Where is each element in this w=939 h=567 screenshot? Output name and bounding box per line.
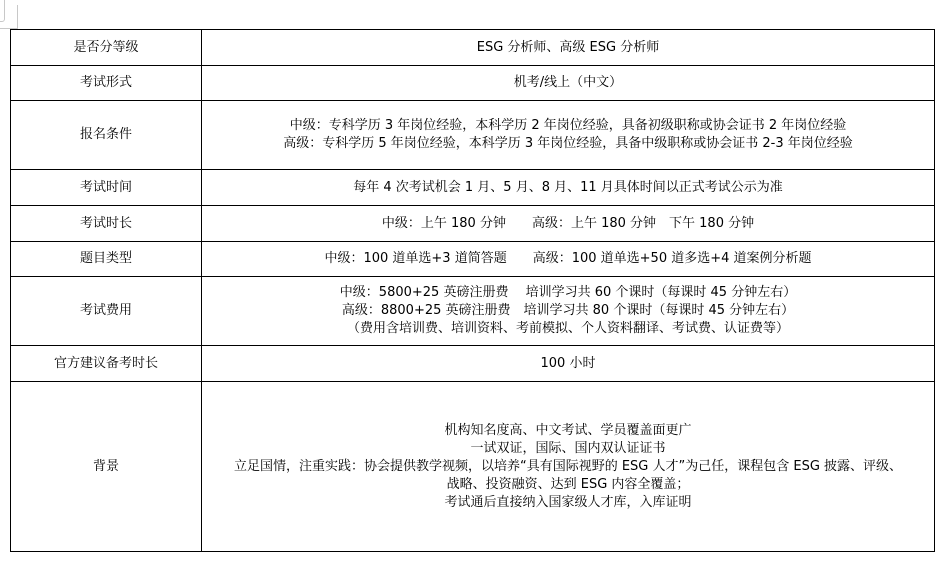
value-line: 中级：上午 180 分钟 高级：上午 180 分钟 下午 180 分钟 bbox=[206, 215, 930, 233]
row-label: 考试形式 bbox=[11, 66, 202, 101]
page-corner-mark bbox=[0, 0, 5, 22]
value-line: 考试通后直接纳入国家级人才库，入库证明 bbox=[206, 494, 930, 512]
value-line: 机考/线上（中文） bbox=[206, 74, 930, 92]
value-line: 100 小时 bbox=[206, 355, 930, 373]
table-row-eligibility: 报名条件 中级：专科学历 3 年岗位经验，本科学历 2 年岗位经验，具备初级职称… bbox=[11, 101, 935, 170]
row-value: 机构知名度高、中文考试、学员覆盖面更广 一试双证，国际、国内双认证证书 立足国情… bbox=[202, 382, 935, 552]
row-value: 100 小时 bbox=[202, 346, 935, 382]
table-row-exam-time: 考试时间 每年 4 次考试机会 1 月、5 月、8 月、11 月具体时间以正式考… bbox=[11, 170, 935, 206]
value-line: 立足国情，注重实践：协会提供教学视频，以培养“具有国际视野的 ESG 人才”为己… bbox=[206, 458, 930, 476]
row-label: 官方建议备考时长 bbox=[11, 346, 202, 382]
row-value: ESG 分析师、高级 ESG 分析师 bbox=[202, 30, 935, 66]
value-line: （费用含培训费、培训资料、考前模拟、个人资料翻译、考试费、认证费等） bbox=[206, 320, 930, 338]
value-line: 一试双证，国际、国内双认证证书 bbox=[206, 440, 930, 458]
row-label: 题目类型 bbox=[11, 242, 202, 277]
row-label: 报名条件 bbox=[11, 101, 202, 170]
row-value: 中级：上午 180 分钟 高级：上午 180 分钟 下午 180 分钟 bbox=[202, 206, 935, 242]
value-line: 高级：专科学历 5 年岗位经验，本科学历 3 年岗位经验，具备中级职称或协会证书… bbox=[206, 135, 930, 153]
row-label: 考试时间 bbox=[11, 170, 202, 206]
table-row-grading: 是否分等级 ESG 分析师、高级 ESG 分析师 bbox=[11, 30, 935, 66]
value-line: 中级：5800+25 英磅注册费 培训学习共 60 个课时（每课时 45 分钟左… bbox=[206, 284, 930, 302]
table-row-recommended-prep-time: 官方建议备考时长 100 小时 bbox=[11, 346, 935, 382]
table-row-background: 背景 机构知名度高、中文考试、学员覆盖面更广 一试双证，国际、国内双认证证书 立… bbox=[11, 382, 935, 552]
row-value: 每年 4 次考试机会 1 月、5 月、8 月、11 月具体时间以正式考试公示为准 bbox=[202, 170, 935, 206]
value-line: 中级：100 道单选+3 道简答题 高级：100 道单选+50 道多选+4 道案… bbox=[206, 250, 930, 268]
row-value: 中级：专科学历 3 年岗位经验，本科学历 2 年岗位经验，具备初级职称或协会证书… bbox=[202, 101, 935, 170]
value-line: 中级：专科学历 3 年岗位经验，本科学历 2 年岗位经验，具备初级职称或协会证书… bbox=[206, 117, 930, 135]
value-line: 战略、投资融资、达到 ESG 内容全覆盖； bbox=[206, 476, 930, 494]
row-value: 中级：5800+25 英磅注册费 培训学习共 60 个课时（每课时 45 分钟左… bbox=[202, 277, 935, 346]
row-label: 是否分等级 bbox=[11, 30, 202, 66]
exam-info-table: 是否分等级 ESG 分析师、高级 ESG 分析师 考试形式 机考/线上（中文） … bbox=[10, 29, 935, 552]
row-label: 考试时长 bbox=[11, 206, 202, 242]
row-value: 机考/线上（中文） bbox=[202, 66, 935, 101]
row-label: 考试费用 bbox=[11, 277, 202, 346]
table-row-question-types: 题目类型 中级：100 道单选+3 道简答题 高级：100 道单选+50 道多选… bbox=[11, 242, 935, 277]
value-line: ESG 分析师、高级 ESG 分析师 bbox=[206, 39, 930, 57]
page-crop-mark-vertical bbox=[17, 5, 18, 29]
table-row-exam-format: 考试形式 机考/线上（中文） bbox=[11, 66, 935, 101]
row-label: 背景 bbox=[11, 382, 202, 552]
value-line: 高级：8800+25 英磅注册费 培训学习共 80 个课时（每课时 45 分钟左… bbox=[206, 302, 930, 320]
table-row-exam-fees: 考试费用 中级：5800+25 英磅注册费 培训学习共 60 个课时（每课时 4… bbox=[11, 277, 935, 346]
table-row-exam-duration: 考试时长 中级：上午 180 分钟 高级：上午 180 分钟 下午 180 分钟 bbox=[11, 206, 935, 242]
row-value: 中级：100 道单选+3 道简答题 高级：100 道单选+50 道多选+4 道案… bbox=[202, 242, 935, 277]
value-line: 每年 4 次考试机会 1 月、5 月、8 月、11 月具体时间以正式考试公示为准 bbox=[206, 179, 930, 197]
value-line: 机构知名度高、中文考试、学员覆盖面更广 bbox=[206, 422, 930, 440]
